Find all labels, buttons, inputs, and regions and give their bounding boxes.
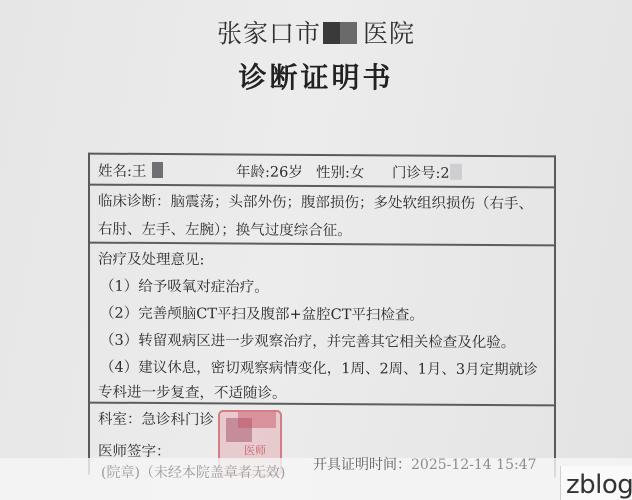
watermark: zblog xyxy=(566,470,632,500)
age-label: 年龄: xyxy=(236,164,270,180)
name-label: 姓名: xyxy=(98,164,132,180)
document-title: 诊断证明书 xyxy=(0,56,632,96)
age-value: 26岁 xyxy=(270,165,303,181)
patient-info-row: 姓名:王 年龄:26岁 性别:女 门诊号:2 xyxy=(90,155,554,189)
issue-time: 开具证明时间：2025-12-14 15:47 xyxy=(313,454,537,474)
redacted-block xyxy=(450,164,462,180)
diagnosis-row: 临床诊断：脑震荡；头部外伤；腹部损伤；多处软组织损伤（右手、 右肘、左手、左腕）… xyxy=(90,186,554,247)
hospital-suffix: 医院 xyxy=(363,19,415,48)
gender-value: 女 xyxy=(350,165,365,181)
treatment-item: （1）给予吸氧对症治疗。 xyxy=(100,275,269,297)
stamp-text: 医师 xyxy=(244,442,266,458)
redacted-block xyxy=(323,22,357,44)
treatment-item: 专科进一步复查，不适随诊。 xyxy=(98,381,287,403)
name-value: 王 xyxy=(132,164,147,180)
treatment-heading: 治疗及处理意见: xyxy=(98,248,204,270)
treatment-item: （3）转留观病区进一步观察治疗，并完善其它相关检查及化验。 xyxy=(100,329,515,353)
treatment-row: 治疗及处理意见: （1）给予吸氧对症治疗。 （2）完善颅脑CT平扫及腹部+盆腔C… xyxy=(90,244,554,407)
diagnosis-line-1: 临床诊断：脑震荡；头部外伤；腹部损伤；多处软组织损伤（右手、 xyxy=(98,190,533,214)
treatment-item: （2）完善颅脑CT平扫及腹部+盆腔CT平扫检查。 xyxy=(100,302,424,325)
patient-age: 年龄:26岁 xyxy=(236,160,303,181)
patient-gender: 性别:女 xyxy=(316,161,364,182)
outpatient-value: 2 xyxy=(440,166,449,182)
issue-time-label: 开具证明时间： xyxy=(313,457,411,473)
patient-name: 姓名:王 xyxy=(98,160,163,181)
issue-time-value: 2025-12-14 15:47 xyxy=(411,457,537,473)
stamp-note: (院章)（未经本院盖章者无效) xyxy=(101,462,285,482)
treatment-item: （4）建议休息，密切观察病情变化，1周、2周、1月、3月定期就诊 xyxy=(100,356,538,380)
hospital-name: 张家口市医院 xyxy=(0,14,632,50)
outpatient-label: 门诊号: xyxy=(392,165,440,181)
gender-label: 性别: xyxy=(316,165,350,181)
department-value: 急诊科门诊 xyxy=(142,412,215,428)
redacted-block xyxy=(238,412,276,428)
redacted-block xyxy=(152,162,163,178)
hospital-prefix: 张家口市 xyxy=(217,19,321,48)
department-label: 科室： xyxy=(98,412,142,428)
diagnosis-line-2: 右肘、左手、左腕）；换气过度综合征。 xyxy=(98,218,352,241)
certificate-table: 姓名:王 年龄:26岁 性别:女 门诊号:2 临床诊断：脑震荡；头部外伤；腹部损… xyxy=(88,153,556,478)
department: 科室：急诊科门诊 xyxy=(98,408,214,430)
outpatient-number: 门诊号:2 xyxy=(392,161,462,182)
